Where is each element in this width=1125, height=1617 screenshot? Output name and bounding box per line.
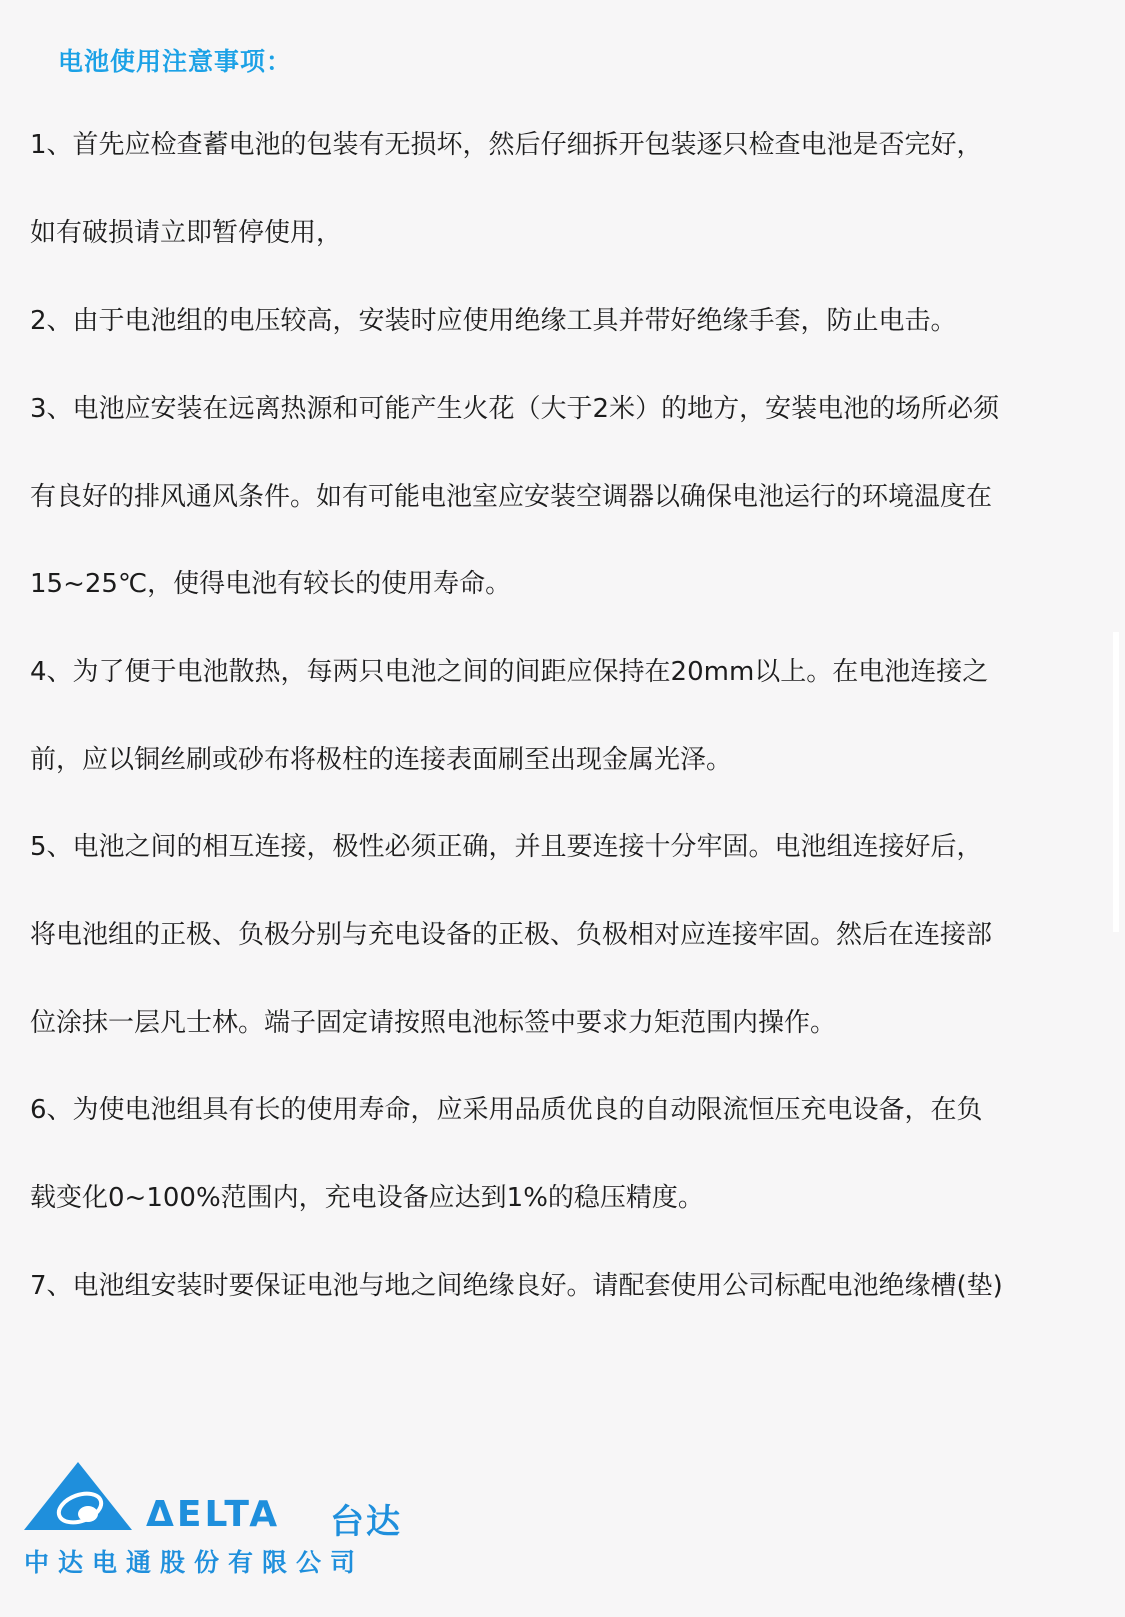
- brand-name-en: ΔELTA: [146, 1494, 280, 1535]
- text-line: 3、电池应安装在远离热源和可能产生火花（大于2米）的地方，安装电池的场所必须: [30, 392, 999, 426]
- text-line: 如有破损请立即暂停使用，: [30, 216, 342, 250]
- text-line: 6、为使电池组具有长的使用寿命，应采用品质优良的自动限流恒压充电设备，在负: [30, 1093, 983, 1127]
- text-line: 5、电池之间的相互连接，极性必须正确，并且要连接十分牢固。电池组连接好后，: [30, 830, 983, 864]
- text-line: 将电池组的正极、负极分别与充电设备的正极、负极相对应连接牢固。然后在连接部: [30, 918, 992, 952]
- text-line: 2、由于电池组的电压较高，安装时应使用绝缘工具并带好绝缘手套，防止电击。: [30, 304, 957, 338]
- text-line: 载变化0~100%范围内，充电设备应达到1%的稳压精度。: [30, 1181, 704, 1215]
- text-line: 15~25℃，使得电池有较长的使用寿命。: [30, 567, 511, 601]
- text-line: 4、为了便于电池散热，每两只电池之间的间距应保持在20mm以上。在电池连接之: [30, 655, 988, 689]
- text-line: 1、首先应检查蓄电池的包装有无损坏，然后仔细拆开包装逐只检查电池是否完好，: [30, 128, 983, 162]
- text-line: 7、电池组安装时要保证电池与地之间绝缘良好。请配套使用公司标配电池绝缘槽(垫): [30, 1269, 1003, 1303]
- text-line: 有良好的排风通风条件。如有可能电池室应安装空调器以确保电池运行的环境温度在: [30, 480, 992, 514]
- brand-name-cn: 台达: [330, 1494, 402, 1543]
- company-name: 中达电通股份有限公司: [24, 1543, 364, 1579]
- page-title: 电池使用注意事项：: [58, 42, 292, 78]
- text-line: 前，应以铜丝刷或砂布将极柱的连接表面刷至出现金属光泽。: [30, 743, 732, 777]
- text-line: 位涂抹一层凡士林。端子固定请按照电池标签中要求力矩范围内操作。: [30, 1006, 836, 1040]
- scrollbar[interactable]: [1113, 632, 1119, 932]
